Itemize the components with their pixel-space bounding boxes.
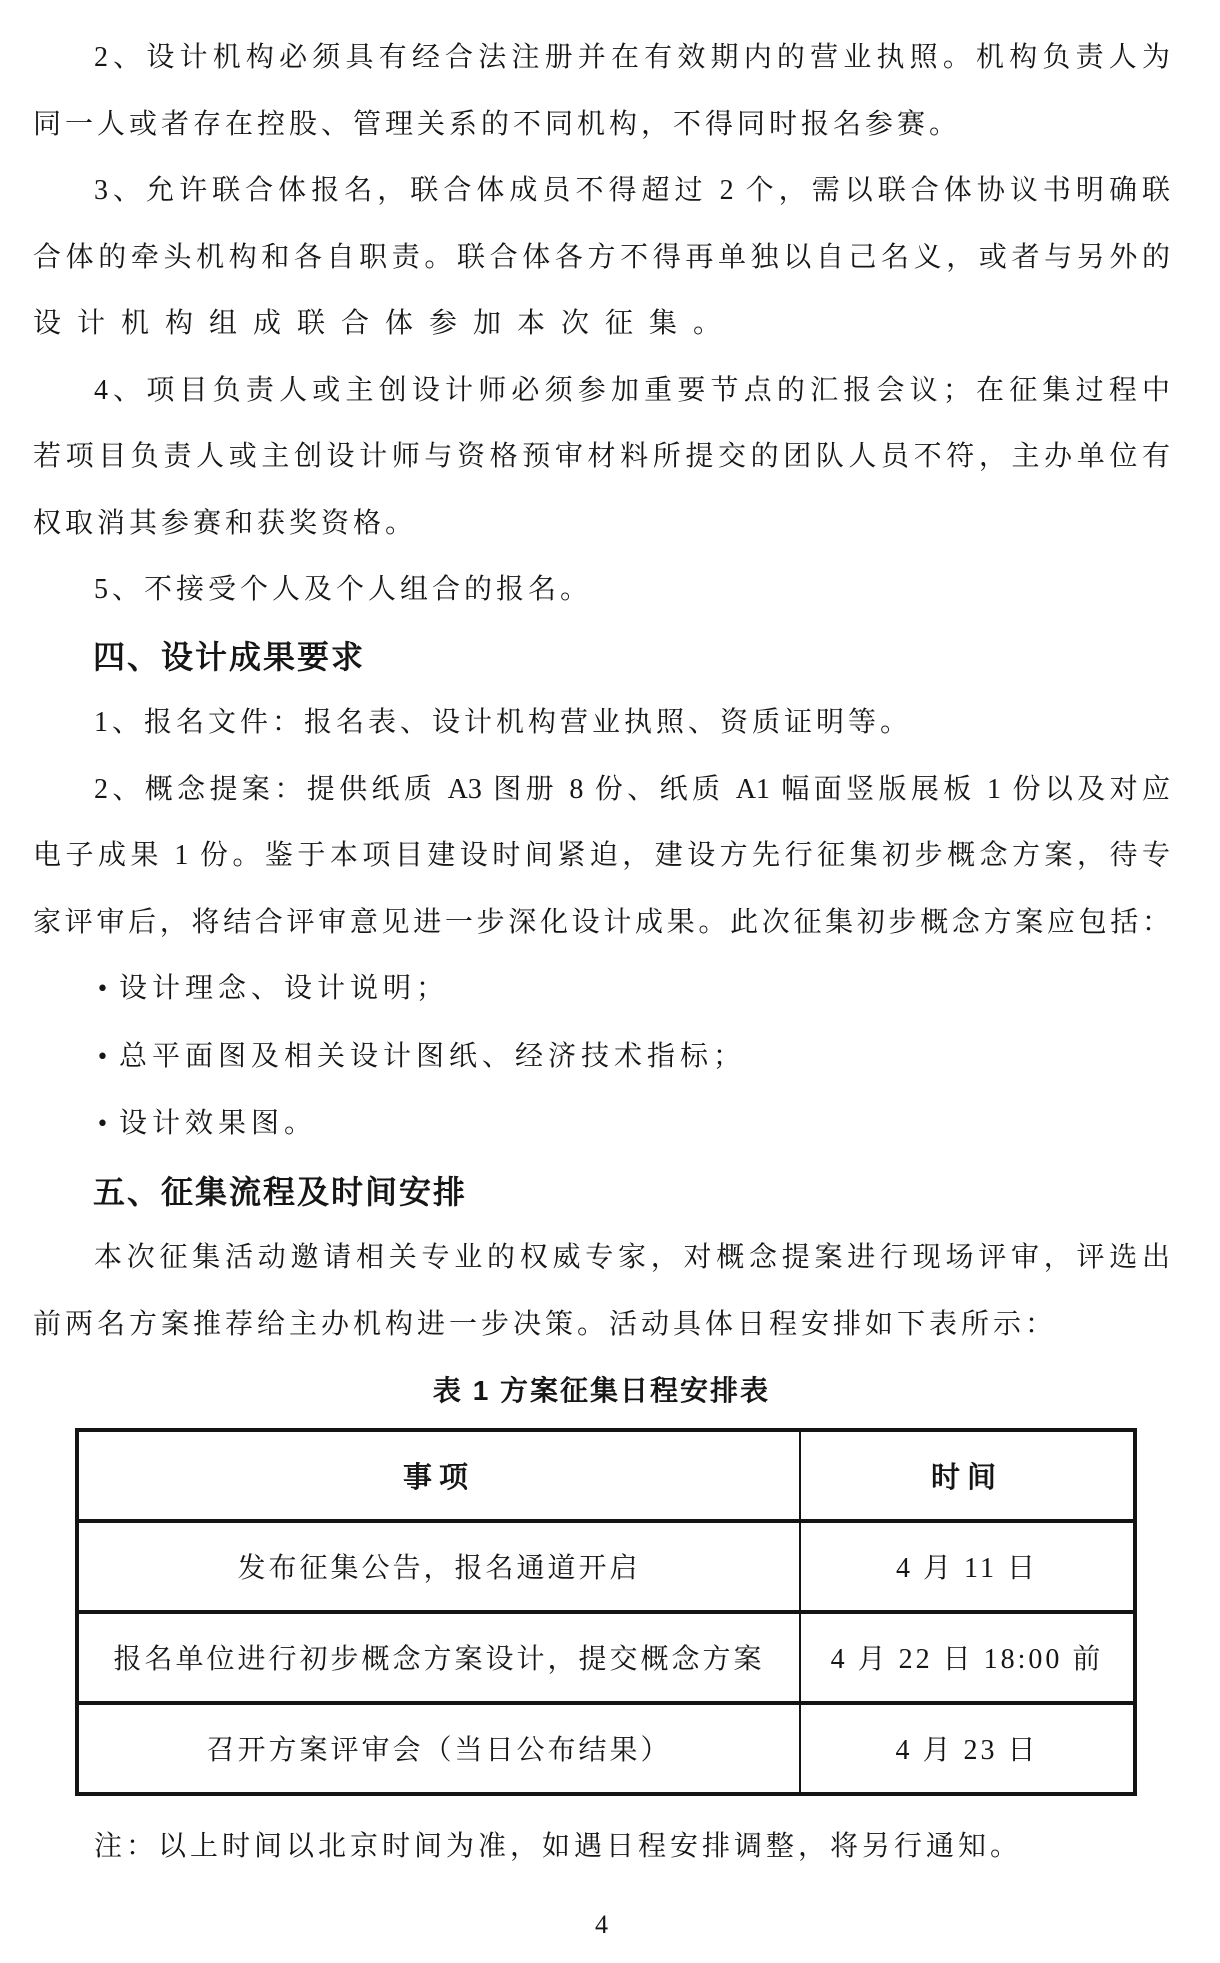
- col-header-time: 时间: [800, 1430, 1135, 1521]
- bullet-list-concept-scheme: •设计理念、设计说明； •总平面图及相关设计图纸、经济技术指标； •设计效果图。: [33, 956, 1170, 1159]
- cell-time: 4 月 11 日: [800, 1521, 1135, 1612]
- section-heading-process-schedule: 五、征集流程及时间安排: [33, 1159, 1170, 1226]
- list-item: •设计理念、设计说明；: [33, 956, 1170, 1024]
- section-heading-design-deliverables: 四、设计成果要求: [33, 624, 1170, 691]
- text-line: 1、报名文件：报名表、设计机构营业执照、资质证明等。: [33, 690, 1170, 757]
- note-line: 注：以上时间以北京时间为准，如遇日程安排调整，将另行通知。: [33, 1814, 1170, 1881]
- table-row: 召开方案评审会（当日公布结果） 4 月 23 日: [77, 1703, 1135, 1794]
- table-row: 发布征集公告，报名通道开启 4 月 11 日: [77, 1521, 1135, 1612]
- cell-item: 召开方案评审会（当日公布结果）: [77, 1703, 800, 1794]
- text-line: 合体的牵头机构和各自职责。联合体各方不得再单独以自己名义，或者与另外的: [33, 225, 1170, 292]
- page-number: 4: [33, 1892, 1170, 1959]
- document-page: 2、设计机构必须具有经合法注册并在有效期内的营业执照。机构负责人为 同一人或者存…: [0, 0, 1220, 1963]
- text-line: 2、设计机构必须具有经合法注册并在有效期内的营业执照。机构负责人为: [33, 25, 1170, 92]
- paragraph-deliverable-2: 2、概念提案：提供纸质 A3 图册 8 份、纸质 A1 幅面竖版展板 1 份以及…: [33, 757, 1170, 957]
- table-caption: 表 1 方案征集日程安排表: [33, 1358, 1170, 1425]
- cell-time: 4 月 23 日: [800, 1703, 1135, 1794]
- paragraph-registration-rule-4: 4、项目负责人或主创设计师必须参加重要节点的汇报会议；在征集过程中 若项目负责人…: [33, 358, 1170, 558]
- text-line: 电子成果 1 份。鉴于本项目建设时间紧迫，建设方先行征集初步概念方案，待专: [33, 823, 1170, 890]
- text-line: 设计机构组成联合体参加本次征集。: [33, 291, 1170, 358]
- text-line: 本次征集活动邀请相关专业的权威专家，对概念提案进行现场评审，评选出: [33, 1225, 1170, 1292]
- cell-time: 4 月 22 日 18:00 前: [800, 1612, 1135, 1703]
- text-line: 前两名方案推荐给主办机构进一步决策。活动具体日程安排如下表所示：: [33, 1292, 1170, 1359]
- text-line: 若项目负责人或主创设计师与资格预审材料所提交的团队人员不符，主办单位有: [33, 424, 1170, 491]
- cell-item: 报名单位进行初步概念方案设计，提交概念方案: [77, 1612, 800, 1703]
- paragraph-schedule-intro: 本次征集活动邀请相关专业的权威专家，对概念提案进行现场评审，评选出 前两名方案推…: [33, 1225, 1170, 1358]
- bullet-icon: •: [96, 1025, 109, 1092]
- text-line: 4、项目负责人或主创设计师必须参加重要节点的汇报会议；在征集过程中: [33, 358, 1170, 425]
- text-line: 3、允许联合体报名，联合体成员不得超过 2 个，需以联合体协议书明确联: [33, 158, 1170, 225]
- text-line: 2、概念提案：提供纸质 A3 图册 8 份、纸质 A1 幅面竖版展板 1 份以及…: [33, 757, 1170, 824]
- schedule-table: 事项 时间 发布征集公告，报名通道开启 4 月 11 日 报名单位进行初步概念方…: [75, 1428, 1137, 1796]
- bullet-icon: •: [96, 1092, 109, 1159]
- bullet-icon: •: [96, 957, 109, 1024]
- text-line: 5、不接受个人及个人组合的报名。: [33, 557, 1170, 624]
- col-header-item: 事项: [77, 1430, 800, 1521]
- table-row: 报名单位进行初步概念方案设计，提交概念方案 4 月 22 日 18:00 前: [77, 1612, 1135, 1703]
- paragraph-registration-rule-2: 2、设计机构必须具有经合法注册并在有效期内的营业执照。机构负责人为 同一人或者存…: [33, 25, 1170, 158]
- paragraph-deliverable-1: 1、报名文件：报名表、设计机构营业执照、资质证明等。: [33, 690, 1170, 757]
- cell-item: 发布征集公告，报名通道开启: [77, 1521, 800, 1612]
- text-line: 权取消其参赛和获奖资格。: [33, 491, 1170, 558]
- list-item: •总平面图及相关设计图纸、经济技术指标；: [33, 1024, 1170, 1092]
- bullet-text: 设计理念、设计说明；: [119, 973, 449, 1004]
- bullet-text: 总平面图及相关设计图纸、经济技术指标；: [119, 1041, 746, 1072]
- paragraph-registration-rule-5: 5、不接受个人及个人组合的报名。: [33, 557, 1170, 624]
- bullet-text: 设计效果图。: [119, 1108, 317, 1139]
- paragraph-registration-rule-3: 3、允许联合体报名，联合体成员不得超过 2 个，需以联合体协议书明确联 合体的牵…: [33, 158, 1170, 358]
- text-line: 同一人或者存在控股、管理关系的不同机构，不得同时报名参赛。: [33, 92, 1170, 159]
- table-header-row: 事项 时间: [77, 1430, 1135, 1521]
- text-line: 家评审后，将结合评审意见进一步深化设计成果。此次征集初步概念方案应包括：: [33, 890, 1170, 957]
- list-item: •设计效果图。: [33, 1091, 1170, 1159]
